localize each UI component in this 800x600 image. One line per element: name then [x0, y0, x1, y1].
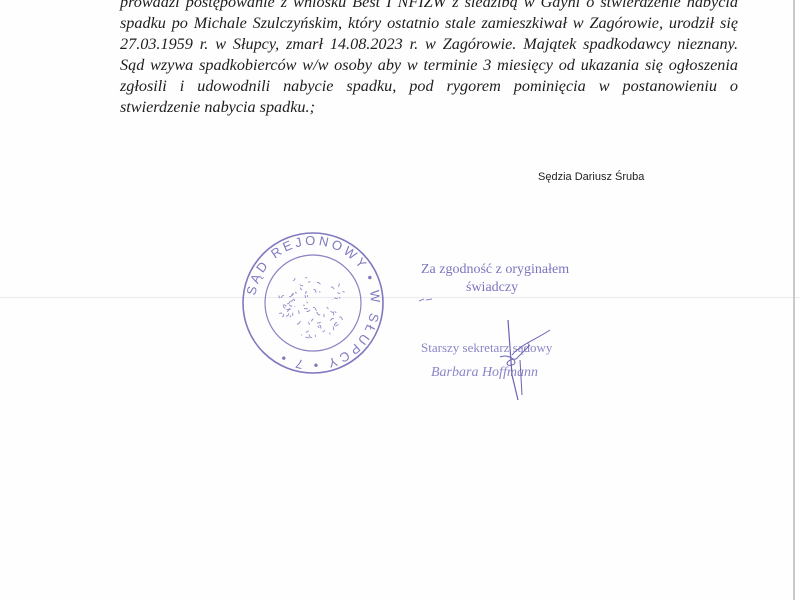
document-page: prowadzi postępowanie z wniosku Best I N… — [0, 0, 800, 600]
certification-line: Za zgodność z oryginałem — [421, 262, 569, 278]
scan-artifact-line — [0, 297, 800, 298]
announcement-body: prowadzi postępowanie z wniosku Best I N… — [120, 0, 738, 118]
body-line: prowadzi postępowanie z wniosku Best I N… — [120, 0, 738, 13]
page-edge-line — [793, 0, 795, 600]
body-line: spadku po Michale Szulczyńskim, który os… — [120, 13, 738, 34]
signature-icon — [490, 315, 570, 405]
body-line: stwierdzenie nabycia spadku.; — [120, 97, 738, 118]
handwritten-signature — [490, 315, 570, 405]
certification-line: świadczy — [466, 280, 518, 296]
body-line: Sąd wzywa spadkobierców w/w osoby aby w … — [120, 55, 738, 76]
judge-signature: Sędzia Dariusz Śruba — [538, 171, 644, 183]
body-line: 27.03.1959 r. w Słupcy, zmarł 14.08.2023… — [120, 34, 738, 55]
stamp-seal-icon: SĄD REJONOWY • W SŁUPCY • 7 • — [240, 230, 386, 376]
body-line: zgłosili i udowodnili nabycie spadku, po… — [120, 76, 738, 97]
court-stamp: SĄD REJONOWY • W SŁUPCY • 7 • — [240, 230, 386, 376]
ink-mark-icon — [418, 298, 434, 302]
